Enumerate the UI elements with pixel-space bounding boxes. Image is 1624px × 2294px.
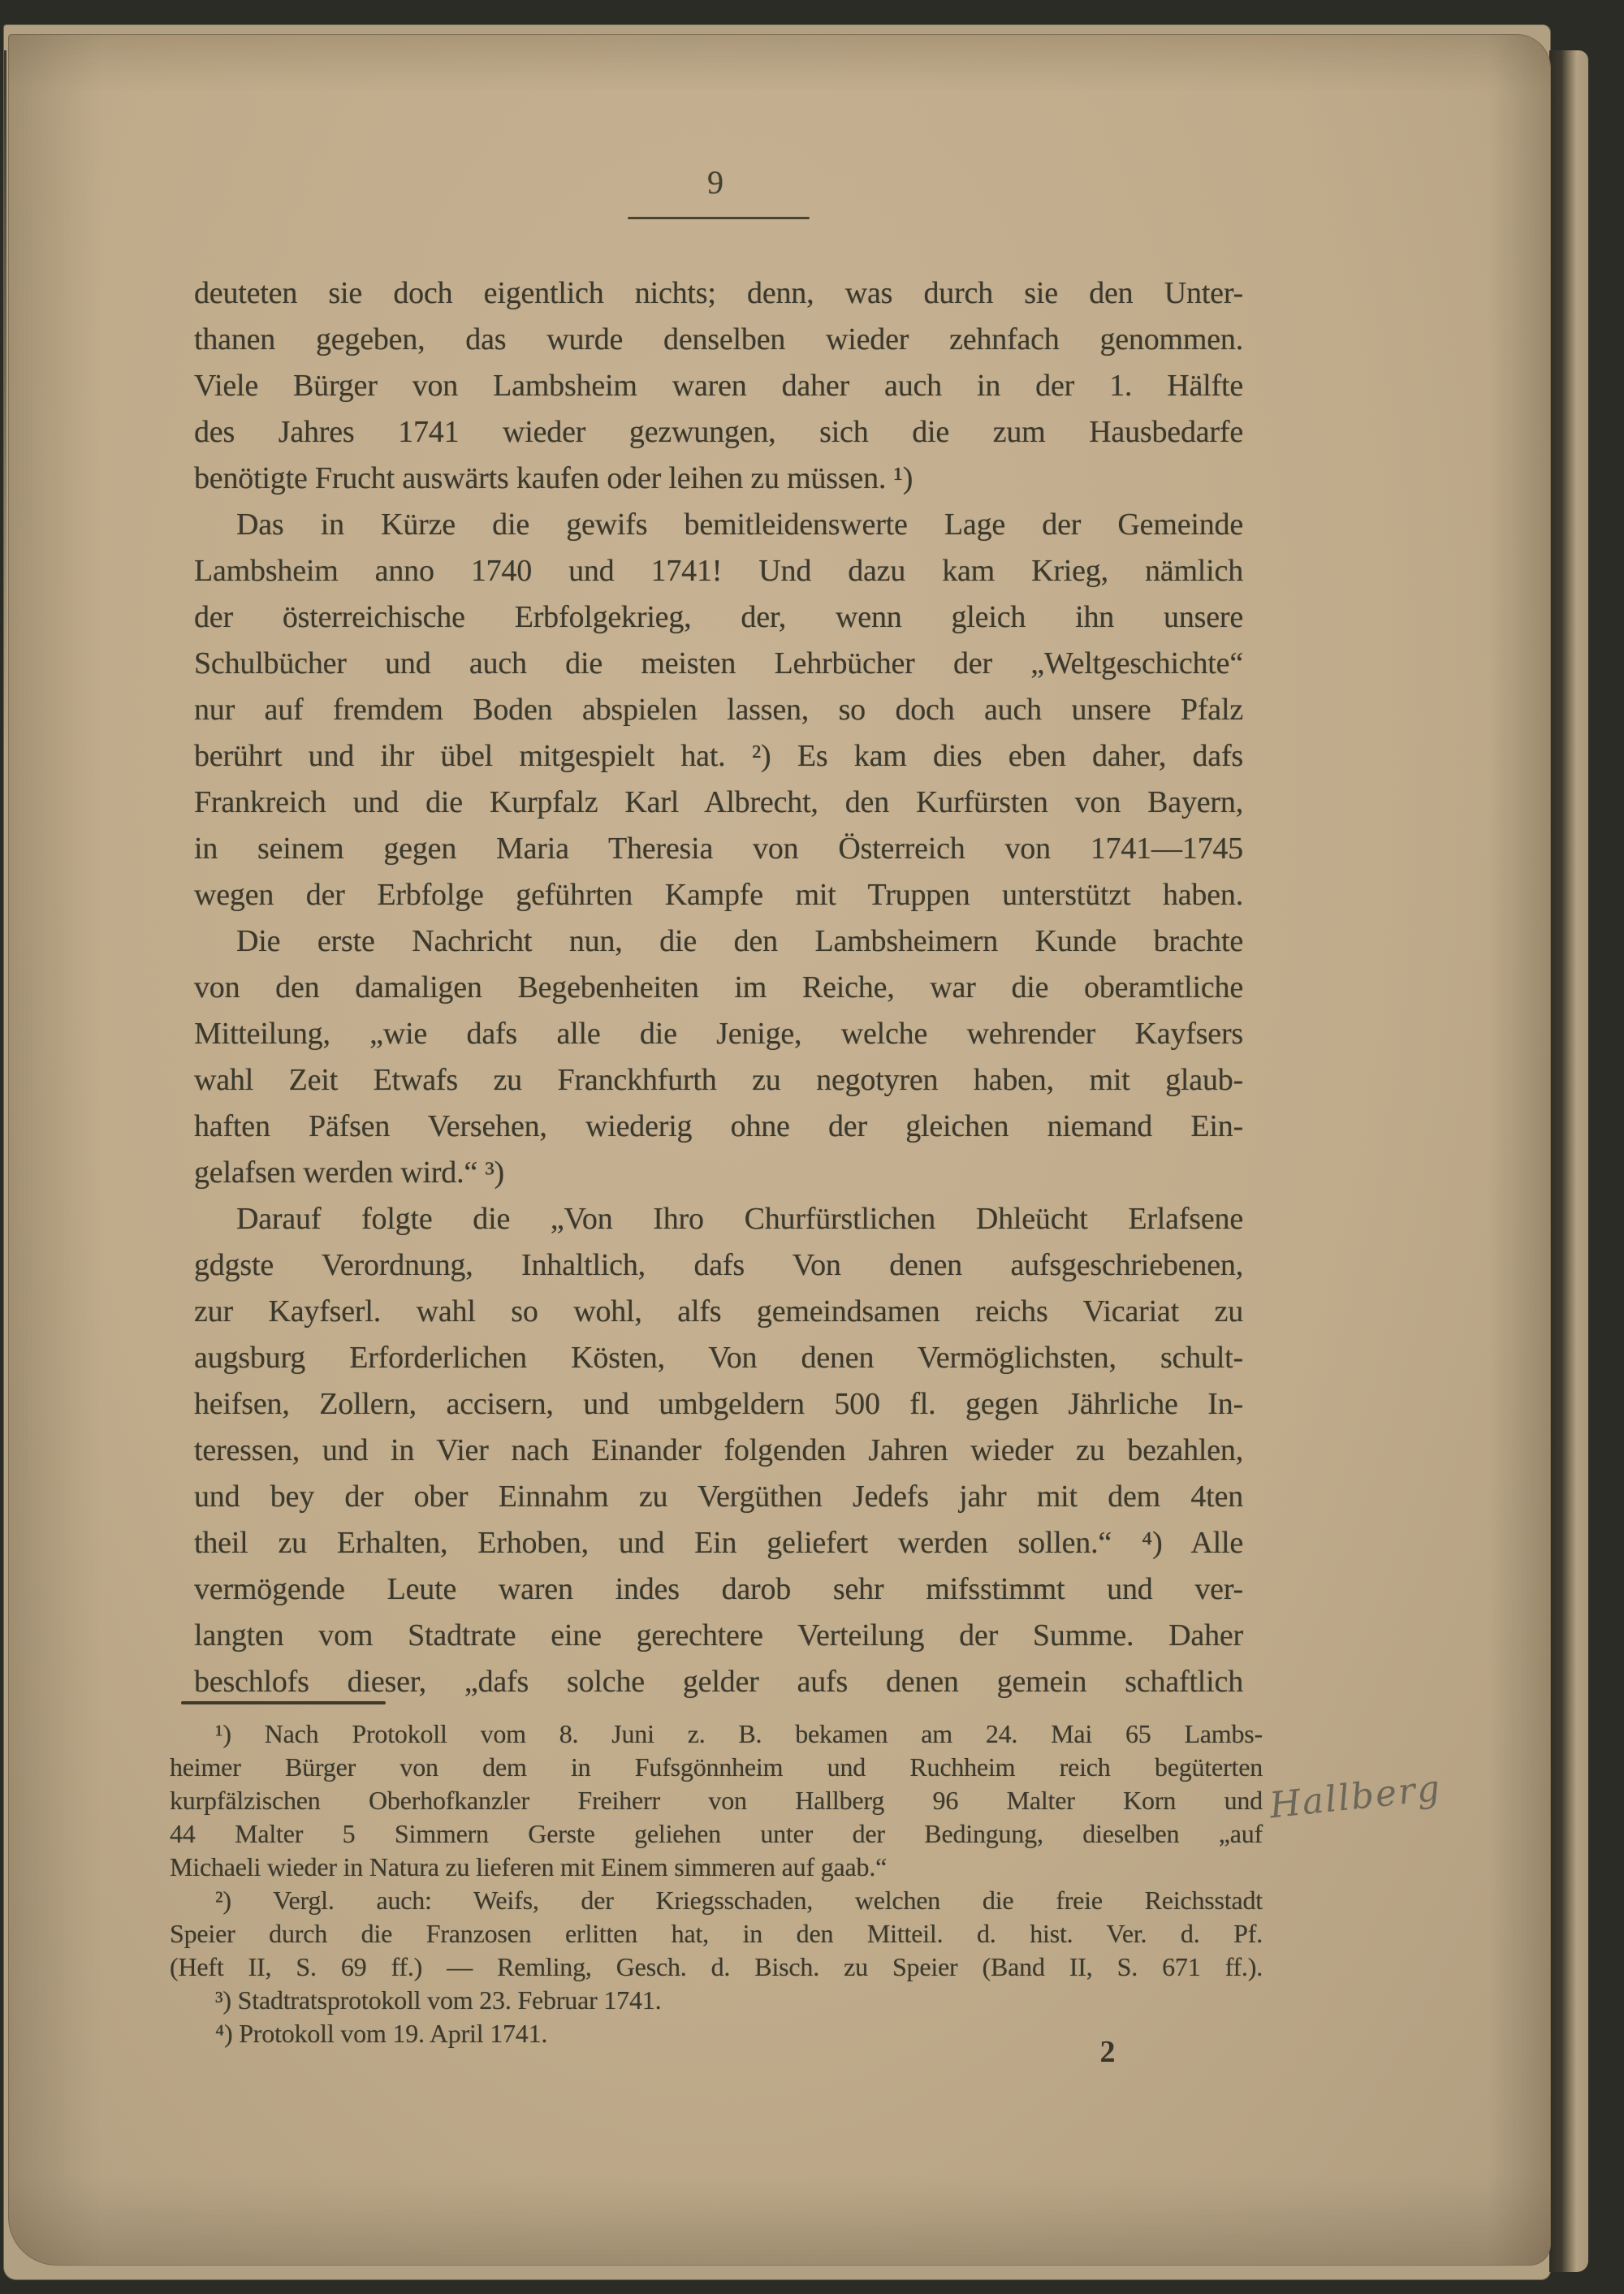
text-line: der österreichische Erbfolgekrieg, der, … (194, 594, 1243, 641)
text-line: und bey der ober Einnahm zu Vergüthen Je… (194, 1474, 1243, 1520)
paragraph: ²) Vergl. auch: Weifs, der Kriegsschaden… (170, 1884, 1263, 1984)
text-line: in seinem gegen Maria Theresia von Öster… (194, 826, 1243, 872)
text-line: Die erste Nachricht nun, die den Lambshe… (194, 918, 1243, 965)
paragraph: Darauf folgte die „Von Ihro Churfürstlic… (194, 1196, 1243, 1705)
text-line: wahl Zeit Etwafs zu Franckhfurth zu nego… (194, 1057, 1243, 1104)
paragraph: ³) Stadtratsprotokoll vom 23. Februar 17… (170, 1984, 1263, 2017)
text-line: Lambsheim anno 1740 und 1741! Und dazu k… (194, 548, 1243, 594)
text-line: augsburg Erforderlichen Kösten, Von dene… (194, 1335, 1243, 1381)
text-line: thanen gegeben, das wurde denselben wied… (194, 317, 1243, 363)
text-line: Darauf folgte die „Von Ihro Churfürstlic… (194, 1196, 1243, 1242)
text-line: gelafsen werden wird.“ ³) (194, 1150, 1243, 1196)
text-line: Frankreich und die Kurpfalz Karl Albrech… (194, 780, 1243, 826)
book-scan: 9 deuteten sie doch eigentlich nichts; d… (0, 0, 1624, 2294)
text-line: des Jahres 1741 wieder gezwungen, sich d… (194, 409, 1243, 456)
handwritten-margin-note: Hallberg (1268, 1764, 1482, 1827)
text-line: 44 Malter 5 Simmern Gerste geliehen unte… (170, 1817, 1263, 1851)
paragraph: ¹) Nach Protokoll vom 8. Juni z. B. beka… (170, 1717, 1263, 1884)
page-number-rule (628, 217, 810, 219)
text-line: heimer Bürger von dem in Fufsgönnheim un… (170, 1751, 1263, 1784)
text-line: von den damaligen Begebenheiten im Reich… (194, 965, 1243, 1011)
text-line: (Heft II, S. 69 ff.) — Remling, Gesch. d… (170, 1951, 1263, 1984)
text-line: teressen, und in Vier nach Einander folg… (194, 1428, 1243, 1474)
footnote-separator (181, 1701, 386, 1704)
text-line: benötigte Frucht auswärts kaufen oder le… (194, 456, 1243, 502)
text-line: deuteten sie doch eigentlich nichts; den… (194, 270, 1243, 317)
book-page: 9 deuteten sie doch eigentlich nichts; d… (8, 34, 1551, 2266)
body-text: deuteten sie doch eigentlich nichts; den… (194, 270, 1243, 1705)
text-line: beschlofs dieser, „dafs solche gelder au… (194, 1659, 1243, 1705)
text-line: ²) Vergl. auch: Weifs, der Kriegsschaden… (170, 1884, 1263, 1917)
paragraph: deuteten sie doch eigentlich nichts; den… (194, 270, 1243, 502)
text-line: theil zu Erhalten, Erhoben, und Ein geli… (194, 1520, 1243, 1566)
text-line: heifsen, Zollern, accisern, und umbgelde… (194, 1381, 1243, 1428)
paragraph: Die erste Nachricht nun, die den Lambshe… (194, 918, 1243, 1196)
signature-mark: 2 (1079, 2034, 1136, 2070)
text-line: Viele Bürger von Lambsheim waren daher a… (194, 363, 1243, 409)
text-line: langten vom Stadtrate eine gerechtere Ve… (194, 1613, 1243, 1659)
text-line: zur Kayfserl. wahl so wohl, alfs gemeind… (194, 1289, 1243, 1335)
text-line: gdgste Verordnung, Inhaltlich, dafs Von … (194, 1242, 1243, 1289)
text-line: haften Päfsen Versehen, wiederig ohne de… (194, 1104, 1243, 1150)
text-line: Speier durch die Franzosen erlitten hat,… (170, 1917, 1263, 1951)
text-line: ³) Stadtratsprotokoll vom 23. Februar 17… (170, 1984, 1263, 2017)
text-line: nur auf fremdem Boden abspielen lassen, … (194, 687, 1243, 733)
paragraph: Das in Kürze die gewifs bemitleidenswert… (194, 502, 1243, 918)
page-edges-right (1549, 50, 1588, 2272)
text-line: vermögende Leute waren indes darob sehr … (194, 1566, 1243, 1613)
footnotes: ¹) Nach Protokoll vom 8. Juni z. B. beka… (170, 1717, 1263, 2050)
text-line: Michaeli wieder in Natura zu lieferen mi… (170, 1851, 1263, 1884)
text-line: Das in Kürze die gewifs bemitleidenswert… (194, 502, 1243, 548)
text-line: ¹) Nach Protokoll vom 8. Juni z. B. beka… (170, 1717, 1263, 1751)
book-gutter-crease (4, 50, 6, 749)
text-line: kurpfälzischen Oberhofkanzler Freiherr v… (170, 1784, 1263, 1817)
page-number: 9 (634, 163, 797, 201)
text-line: Mitteilung, „wie dafs alle die Jenige, w… (194, 1011, 1243, 1057)
text-line: Schulbücher und auch die meisten Lehrbüc… (194, 641, 1243, 687)
text-line: berührt und ihr übel mitgespielt hat. ²)… (194, 733, 1243, 780)
text-line: wegen der Erbfolge geführten Kampfe mit … (194, 872, 1243, 918)
